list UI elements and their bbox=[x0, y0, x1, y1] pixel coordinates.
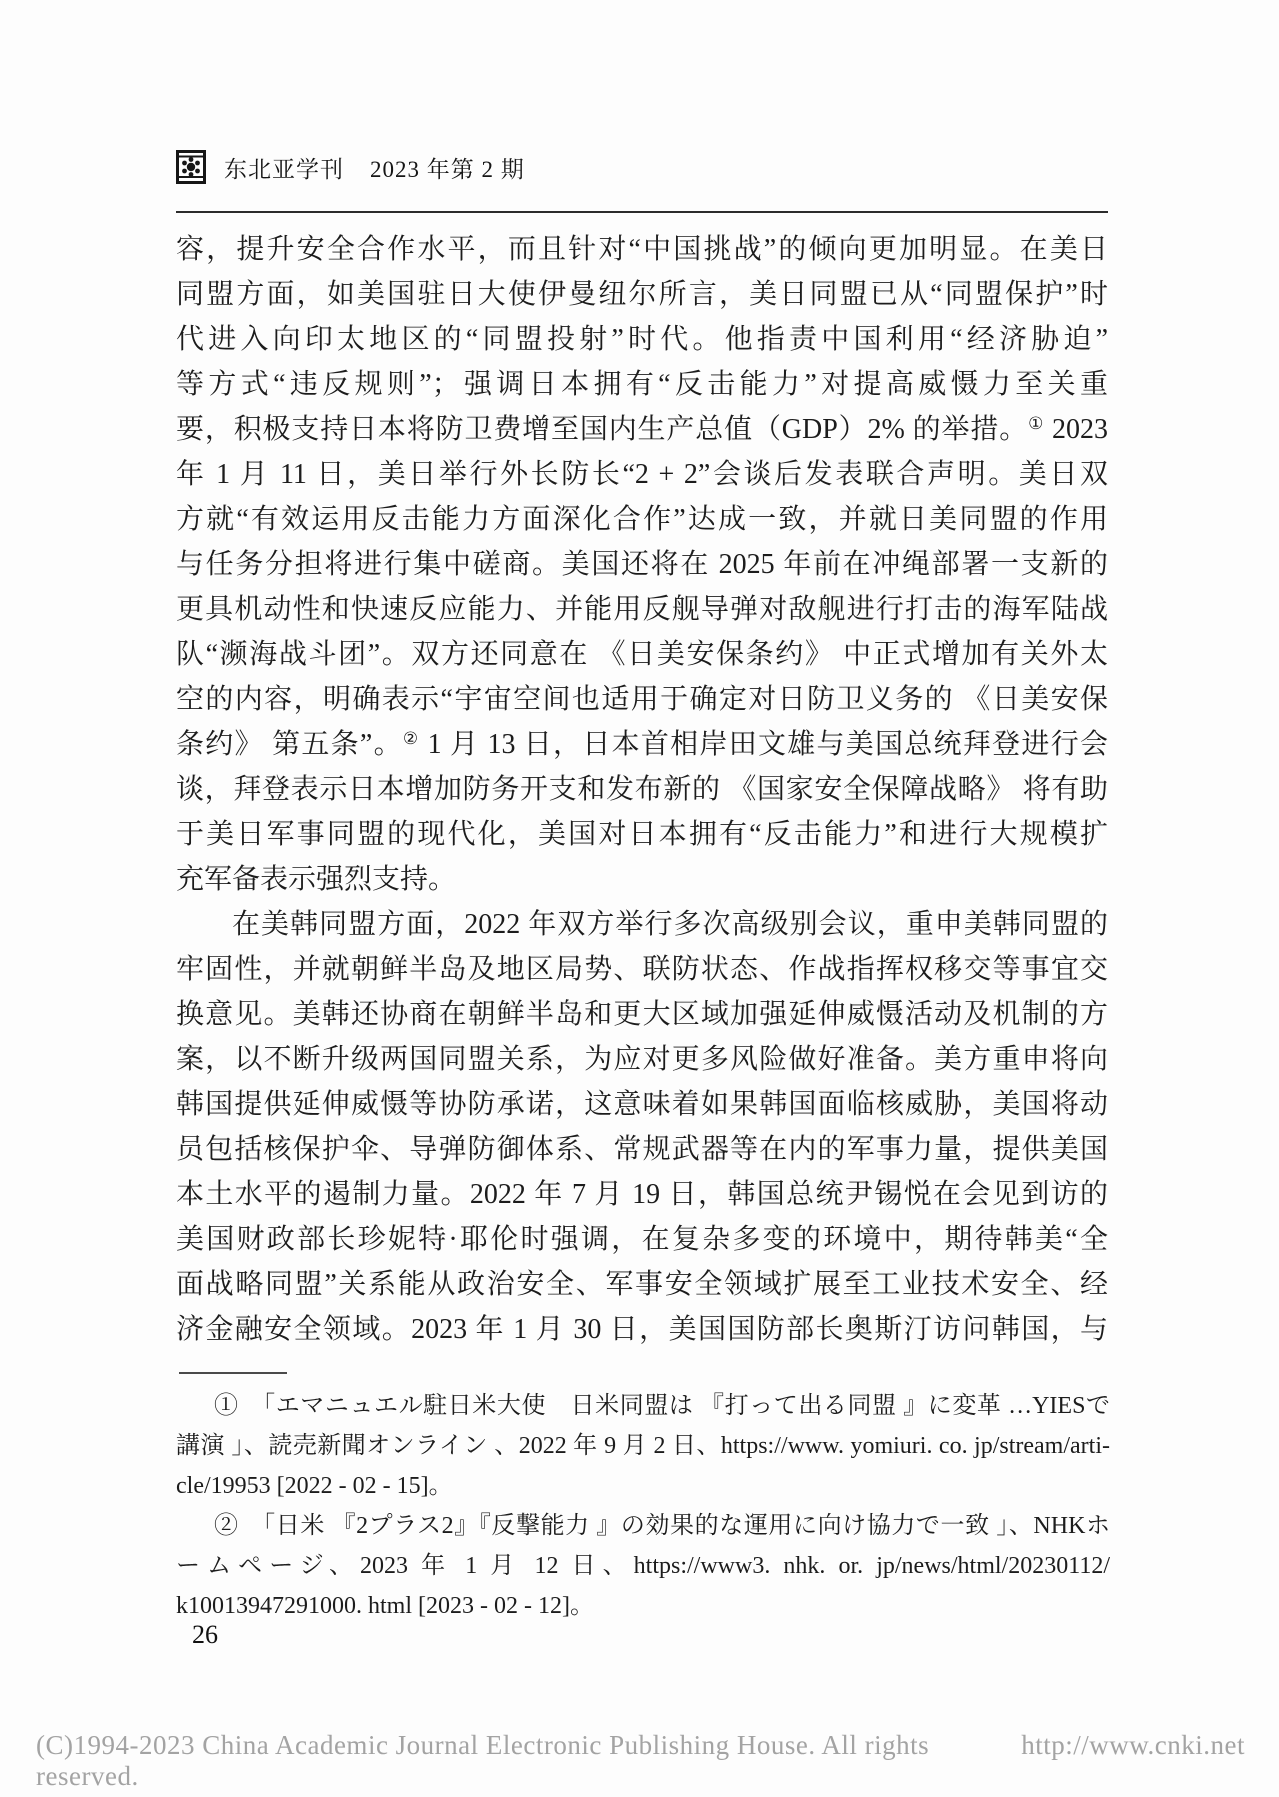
footnote-line: k10013947291000. html [2023 - 02 - 12]。 bbox=[176, 1586, 1110, 1626]
body-text-line: 空的内容，明确表示“宇宙空间也适用于确定对日防卫义务的 《日美安保 bbox=[176, 677, 1108, 722]
line-text: 于美日军事同盟的现代化，美国对日本拥有“反击能力”和进行大规模扩 bbox=[176, 819, 1108, 850]
body-text-line: 于美日军事同盟的现代化，美国对日本拥有“反击能力”和进行大规模扩 bbox=[176, 812, 1108, 857]
journal-name: 东北亚学刊 bbox=[224, 157, 344, 182]
body-text-line: 与任务分担将进行集中磋商。美国还将在 2025 年前在冲绳部署一支新的 bbox=[176, 542, 1108, 587]
line-text: 谈，拜登表示日本增加防务开支和发布新的 《国家安全保障战略》 将有助 bbox=[176, 774, 1108, 805]
footnotes-section: ① 「エマニュエル駐日米大使 日米同盟は 『打って出る同盟 』に変革 …YIES… bbox=[176, 1386, 1110, 1626]
body-text-line: 牢固性，并就朝鲜半岛及地区局势、联防状态、作战指挥权移交等事宜交 bbox=[176, 947, 1108, 992]
line-text: 牢固性，并就朝鲜半岛及地区局势、联防状态、作战指挥权移交等事宜交 bbox=[176, 954, 1108, 985]
body-text-line: 方就“有效运用反击能力方面深化合作”达成一致，并就日美同盟的作用 bbox=[176, 497, 1108, 542]
journal-page: 东北亚学刊2023 年第 2 期 容，提升安全合作水平，而且针对“中国挑战”的倾… bbox=[0, 0, 1279, 1797]
body-text-line: 在美韩同盟方面，2022 年双方举行多次高级别会议，重申美韩同盟的 bbox=[176, 902, 1108, 947]
body-text-line: 等方式“违反规则”；强调日本拥有“反击能力”对提高威慑力至关重 bbox=[176, 362, 1108, 407]
body-text-line: 换意见。美韩还协商在朝鲜半岛和更大区域加强延伸威慑活动及机制的方 bbox=[176, 992, 1108, 1037]
line-text: 更具机动性和快速反应能力、并能用反舰导弹对敌舰进行打击的海军陆战 bbox=[176, 594, 1108, 625]
line-text: 与任务分担将进行集中磋商。美国还将在 2025 年前在冲绳部署一支新的 bbox=[176, 549, 1108, 580]
body-text-line: 案，以不断升级两国同盟关系，为应对更多风险做好准备。美方重申将向 bbox=[176, 1037, 1108, 1082]
line-text: 同盟方面，如美国驻日大使伊曼纽尔所言，美日同盟已从“同盟保护”时 bbox=[176, 279, 1108, 310]
footnote-line: ② 「日米 『2プラス2』『反撃能力 』の効果的な運用に向け協力で一致 」、NH… bbox=[176, 1506, 1110, 1546]
line-text: 美国财政部长珍妮特·耶伦时强调，在复杂多变的环境中，期待韩美“全 bbox=[176, 1224, 1108, 1255]
body-text-line: 员包括核保护伞、导弹防御体系、常规武器等在内的军事力量，提供美国 bbox=[176, 1127, 1108, 1172]
paragraph-1: 容，提升安全合作水平，而且针对“中国挑战”的倾向更加明显。在美日同盟方面，如美国… bbox=[176, 227, 1108, 902]
line-text: 2023 bbox=[1044, 414, 1108, 445]
footnote-text: cle/19953 [2022 - 02 - 15]。 bbox=[176, 1473, 453, 1499]
journal-header-title: 东北亚学刊2023 年第 2 期 bbox=[224, 151, 525, 184]
footnote-line: ームページ、2023 年 1 月 12 日、https://www3. nhk.… bbox=[176, 1546, 1110, 1586]
line-text: 空的内容，明确表示“宇宙空间也适用于确定对日防卫义务的 《日美安保 bbox=[176, 684, 1108, 715]
body-text-line: 面战略同盟”关系能从政治安全、军事安全领域扩展至工业技术安全、经 bbox=[176, 1262, 1108, 1307]
body-text-line: 更具机动性和快速反应能力、并能用反舰导弹对敌舰进行打击的海军陆战 bbox=[176, 587, 1108, 632]
body-text-line: 美国财政部长珍妮特·耶伦时强调，在复杂多变的环境中，期待韩美“全 bbox=[176, 1217, 1108, 1262]
line-text: 面战略同盟”关系能从政治安全、军事安全领域扩展至工业技术安全、经 bbox=[176, 1269, 1108, 1300]
body-text-line: 年 1 月 11 日，美日举行外长防长“2 + 2”会谈后发表联合声明。美日双 bbox=[176, 452, 1108, 497]
line-text: 年 1 月 11 日，美日举行外长防长“2 + 2”会谈后发表联合声明。美日双 bbox=[176, 459, 1108, 490]
footnote-text: ームページ、2023 年 1 月 12 日、https://www3. nhk.… bbox=[176, 1553, 1110, 1579]
line-text: 1 月 13 日，日本首相岸田文雄与美国总统拜登进行会 bbox=[419, 729, 1108, 760]
footnote-line: 講演 」、読売新聞オンライン 、2022 年 9 月 2 日、https://w… bbox=[176, 1426, 1110, 1466]
article-body: 容，提升安全合作水平，而且针对“中国挑战”的倾向更加明显。在美日同盟方面，如美国… bbox=[176, 227, 1108, 1352]
line-text: 等方式“违反规则”；强调日本拥有“反击能力”对提高威慑力至关重 bbox=[176, 369, 1108, 400]
page-number: 26 bbox=[192, 1620, 218, 1650]
body-text-line: 谈，拜登表示日本增加防务开支和发布新的 《国家安全保障战略》 将有助 bbox=[176, 767, 1108, 812]
body-text-line: 济金融安全领域。2023 年 1 月 30 日，美国国防部长奥斯汀访问韩国，与 bbox=[176, 1307, 1108, 1352]
footnote-divider bbox=[179, 1372, 287, 1374]
line-text: 条约》 第五条”。 bbox=[176, 729, 403, 760]
line-text: 队“濒海战斗团”。双方还同意在 《日美安保条约》 中正式增加有关外太 bbox=[176, 639, 1108, 670]
body-text-line: 条约》 第五条”。② 1 月 13 日，日本首相岸田文雄与美国总统拜登进行会 bbox=[176, 722, 1108, 767]
copyright-text: (C)1994-2023 China Academic Journal Elec… bbox=[36, 1730, 1021, 1792]
line-text: 充军备表示强烈支持。 bbox=[176, 864, 456, 895]
paragraph-2: 在美韩同盟方面，2022 年双方举行多次高级别会议，重申美韩同盟的牢固性，并就朝… bbox=[176, 902, 1108, 1352]
line-text: 换意见。美韩还协商在朝鲜半岛和更大区域加强延伸威慑活动及机制的方 bbox=[176, 999, 1108, 1030]
body-text-line: 容，提升安全合作水平，而且针对“中国挑战”的倾向更加明显。在美日 bbox=[176, 227, 1108, 272]
line-text: 济金融安全领域。2023 年 1 月 30 日，美国国防部长奥斯汀访问韩国，与 bbox=[176, 1314, 1108, 1345]
footnote-line: ① 「エマニュエル駐日米大使 日米同盟は 『打って出る同盟 』に変革 …YIES… bbox=[176, 1386, 1110, 1426]
line-text: 容，提升安全合作水平，而且针对“中国挑战”的倾向更加明显。在美日 bbox=[176, 234, 1108, 265]
footnote-text: 講演 」、読売新聞オンライン 、2022 年 9 月 2 日、https://w… bbox=[176, 1433, 1110, 1459]
body-text-line: 要，积极支持日本将防卫费增至国内生产总值（GDP）2% 的举措。① 2023 bbox=[176, 407, 1108, 452]
body-text-line: 同盟方面，如美国驻日大使伊曼纽尔所言，美日同盟已从“同盟保护”时 bbox=[176, 272, 1108, 317]
line-text: 方就“有效运用反击能力方面深化合作”达成一致，并就日美同盟的作用 bbox=[176, 504, 1108, 535]
cnki-footer: (C)1994-2023 China Academic Journal Elec… bbox=[36, 1730, 1245, 1792]
body-text-line: 代进入向印太地区的“同盟投射”时代。他指责中国利用“经济胁迫” bbox=[176, 317, 1108, 362]
body-text-line: 充军备表示强烈支持。 bbox=[176, 857, 1108, 902]
line-text: 代进入向印太地区的“同盟投射”时代。他指责中国利用“经济胁迫” bbox=[176, 324, 1108, 355]
footnote-ref-marker: ② bbox=[403, 729, 420, 748]
journal-logo-icon bbox=[176, 150, 206, 184]
footnote-text: ① 「エマニュエル駐日米大使 日米同盟は 『打って出る同盟 』に変革 …YIES… bbox=[214, 1393, 1110, 1419]
header-divider bbox=[176, 211, 1108, 213]
page-header: 东北亚学刊2023 年第 2 期 bbox=[176, 150, 525, 184]
line-text: 案，以不断升级两国同盟关系，为应对更多风险做好准备。美方重申将向 bbox=[176, 1044, 1108, 1075]
line-text: 员包括核保护伞、导弹防御体系、常规武器等在内的军事力量，提供美国 bbox=[176, 1134, 1108, 1165]
body-text-line: 本土水平的遏制力量。2022 年 7 月 19 日，韩国总统尹锡悦在会见到访的 bbox=[176, 1172, 1108, 1217]
line-text: 要，积极支持日本将防卫费增至国内生产总值（GDP）2% 的举措。 bbox=[176, 414, 1028, 445]
line-text: 韩国提供延伸威慑等协防承诺，这意味着如果韩国面临核威胁，美国将动 bbox=[176, 1089, 1108, 1120]
body-text-line: 队“濒海战斗团”。双方还同意在 《日美安保条约》 中正式增加有关外太 bbox=[176, 632, 1108, 677]
footnote-text: ② 「日米 『2プラス2』『反撃能力 』の効果的な運用に向け協力で一致 」、NH… bbox=[214, 1513, 1110, 1539]
body-text-line: 韩国提供延伸威慑等协防承诺，这意味着如果韩国面临核威胁，美国将动 bbox=[176, 1082, 1108, 1127]
line-text: 本土水平的遏制力量。2022 年 7 月 19 日，韩国总统尹锡悦在会见到访的 bbox=[176, 1179, 1108, 1210]
journal-issue: 2023 年第 2 期 bbox=[370, 157, 525, 182]
line-text: 在美韩同盟方面，2022 年双方举行多次高级别会议，重申美韩同盟的 bbox=[232, 909, 1108, 940]
footnote-line: cle/19953 [2022 - 02 - 15]。 bbox=[176, 1466, 1110, 1506]
footnote-text: k10013947291000. html [2023 - 02 - 12]。 bbox=[176, 1593, 594, 1619]
footnote-ref-marker: ① bbox=[1028, 414, 1044, 433]
cnki-url: http://www.cnki.net bbox=[1021, 1730, 1245, 1761]
